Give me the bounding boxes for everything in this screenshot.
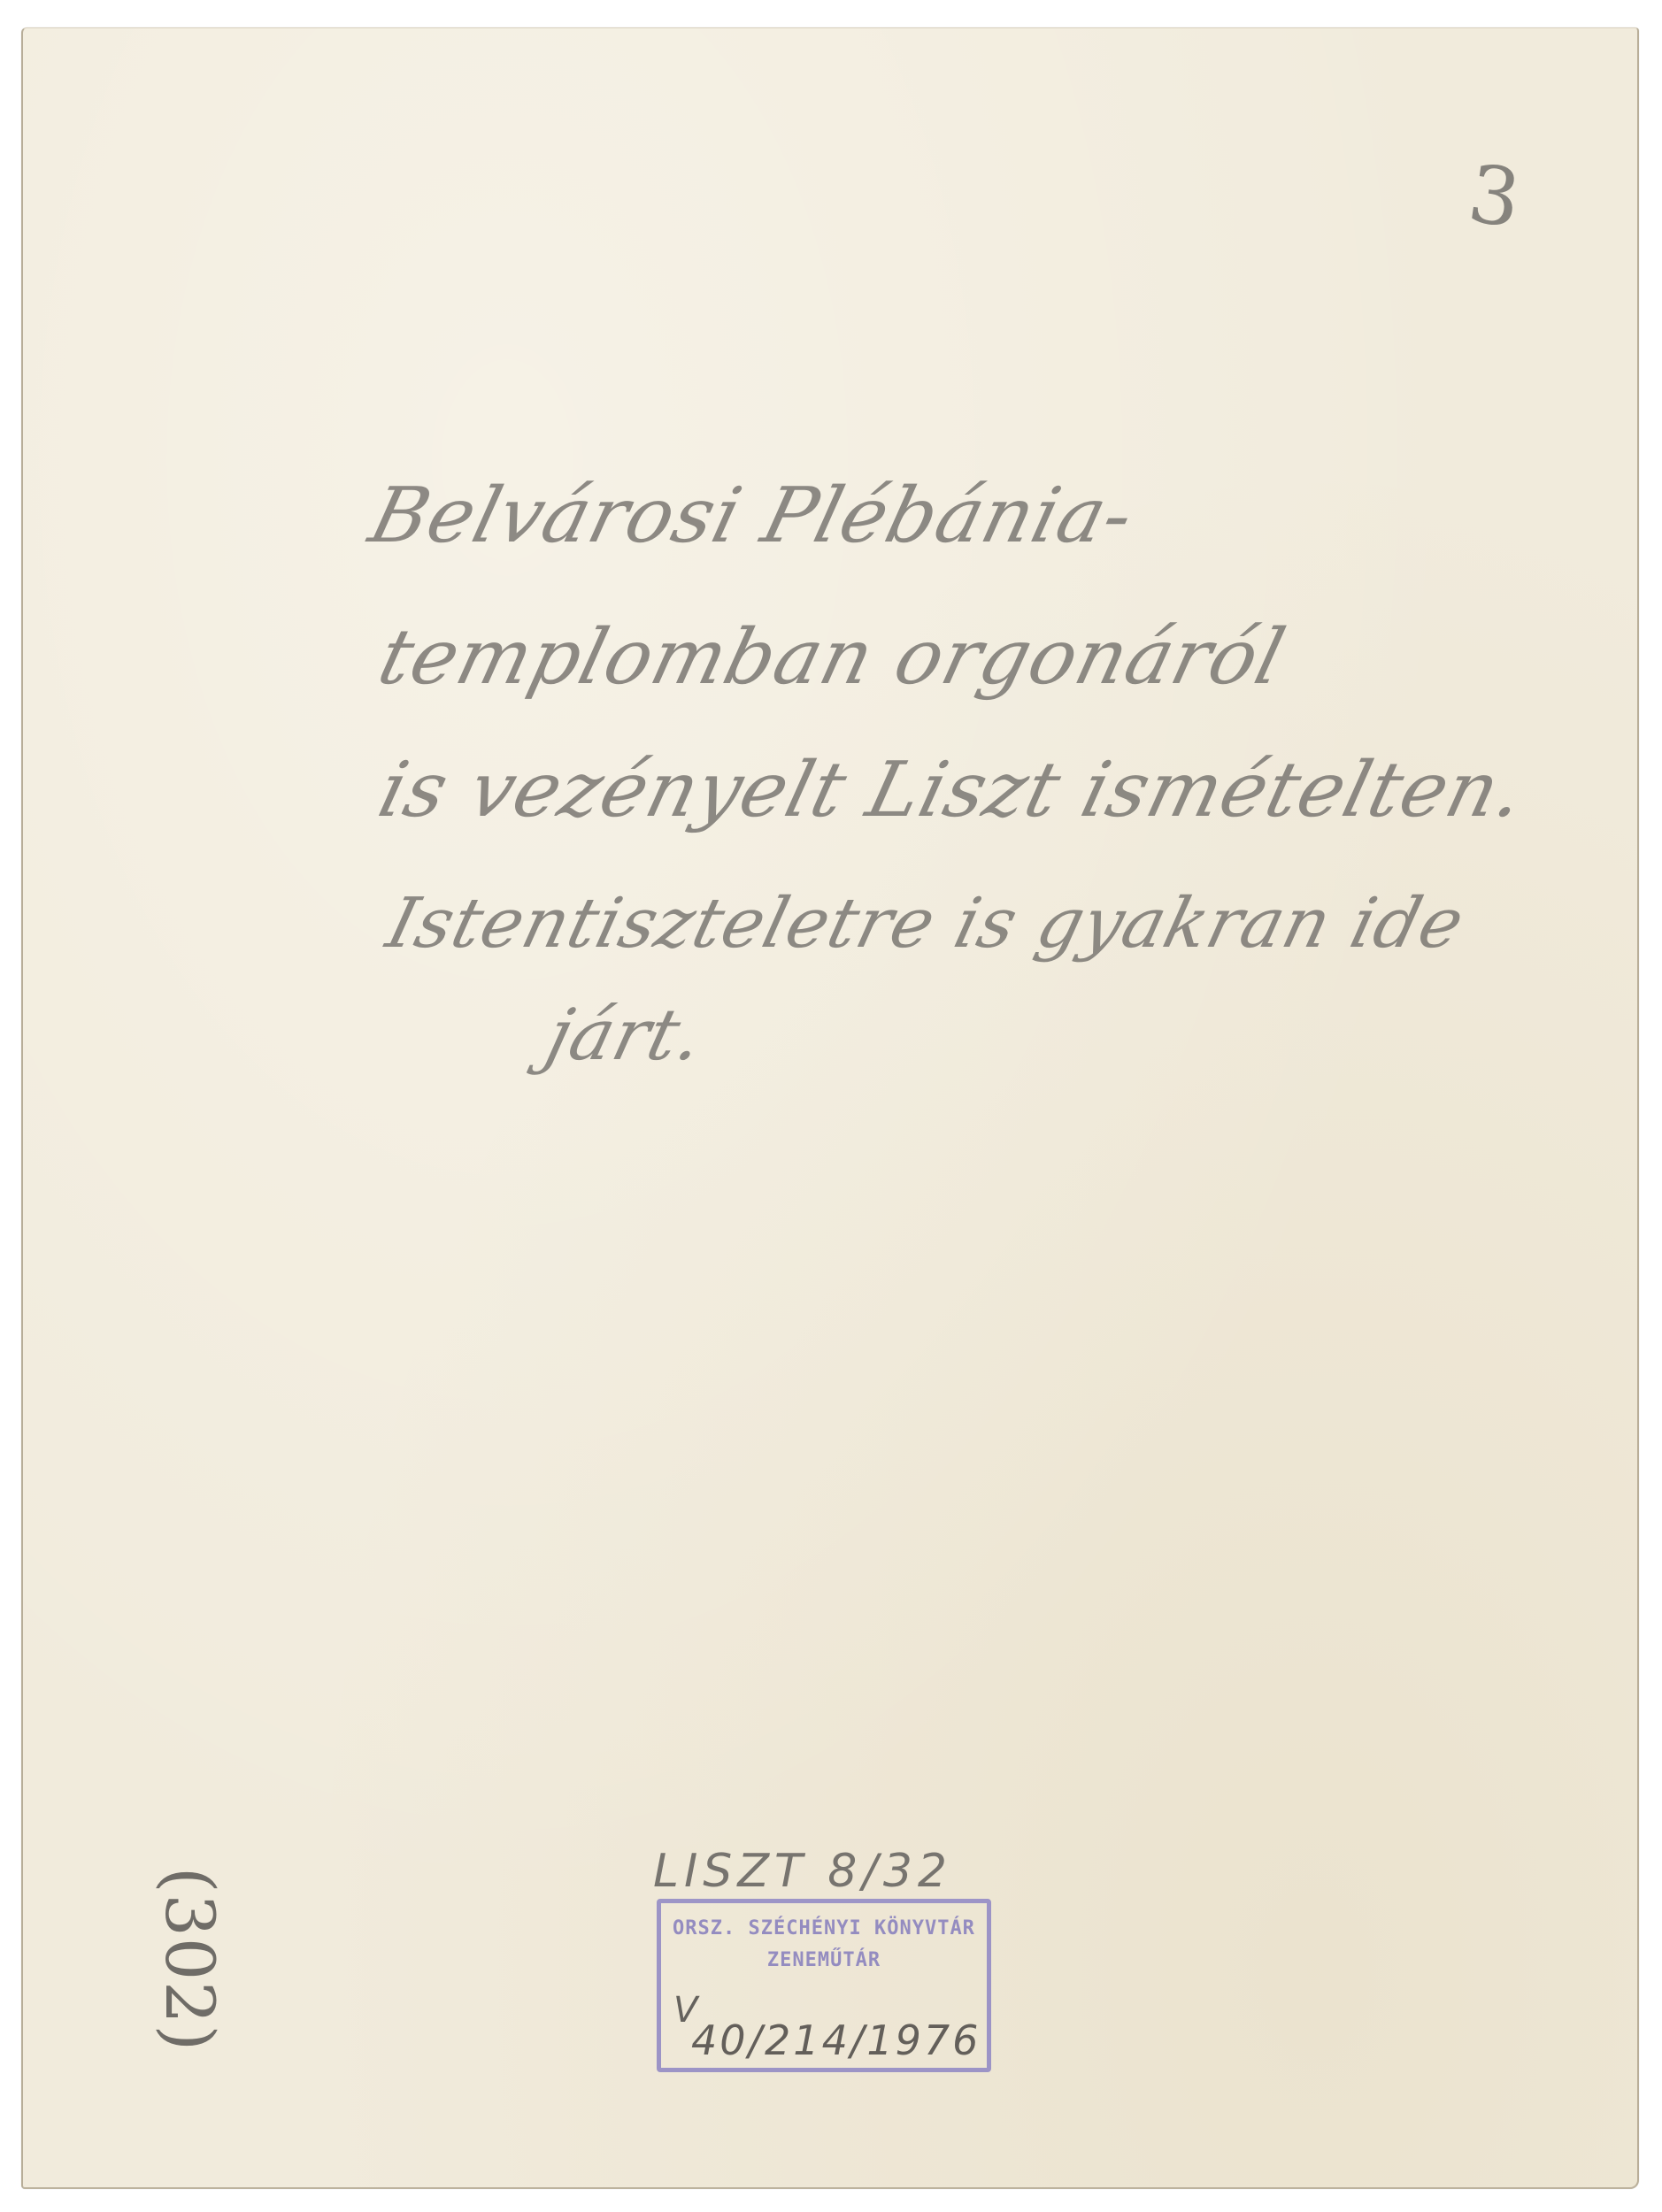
catalog-label: LISZT 8/32: [653, 1845, 952, 1898]
stamp-institution: ORSZ. SZÉCHÉNYI KÖNYVTÁR: [661, 1917, 987, 1939]
erased-mark: [1009, 1858, 1062, 1885]
note-line-1: Belvárosi Plébánia-: [363, 478, 1142, 554]
stamp-department: ZENEMŰTÁR: [661, 1949, 987, 1971]
side-number: (302): [150, 1867, 229, 2052]
library-stamp: ORSZ. SZÉCHÉNYI KÖNYVTÁR ZENEMŰTÁR V 40/…: [657, 1899, 991, 2072]
stamp-accession-number: 40/214/1976: [691, 2016, 981, 2064]
note-line-2: templomban orgonáról: [372, 619, 1292, 695]
note-line-5: járt.: [540, 1000, 711, 1071]
note-line-4: Istentiszteletre is gyakran ide: [381, 889, 1471, 958]
note-line-3: is vezényelt Liszt ismételten.: [372, 752, 1533, 828]
